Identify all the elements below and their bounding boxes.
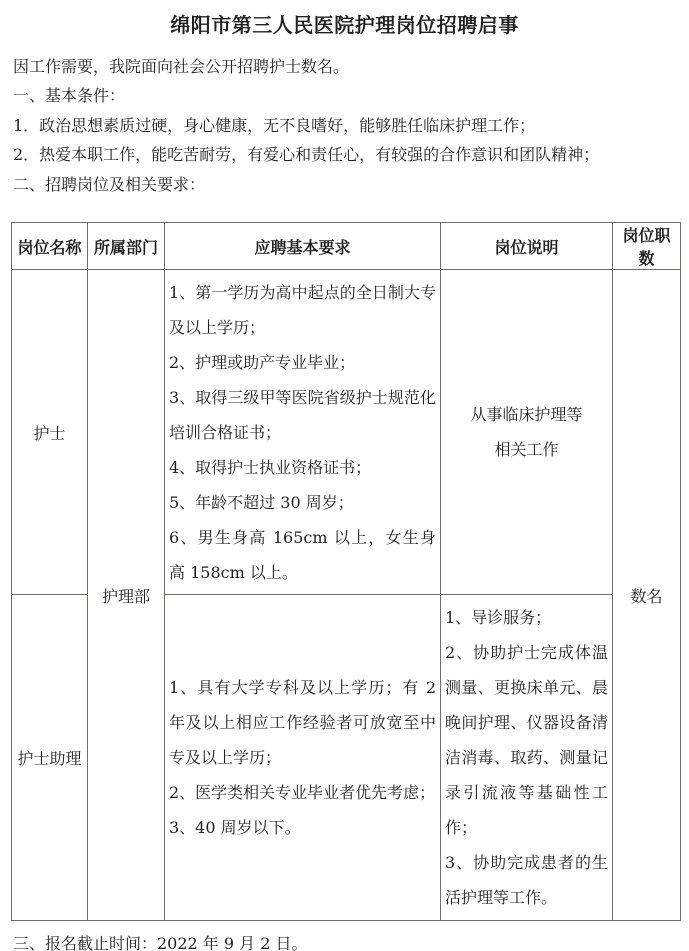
- page-title: 绵阳市第三人民医院护理岗位招聘启事: [0, 0, 689, 39]
- table-header-row: 岗位名称 所属部门 应聘基本要求 岗位说明 岗位职数: [12, 223, 681, 270]
- col-header-requirements: 应聘基本要求: [165, 223, 441, 270]
- document-page: 绵阳市第三人民医院护理岗位招聘启事 因工作需要，我院面向社会公开招聘护士数名。 …: [0, 0, 689, 951]
- basic-condition-1: 1．政治思想素质过硬，身心健康，无不良嗜好，能够胜任临床护理工作；: [13, 111, 675, 140]
- cell-requirements-assistant: 1、具有大学专科及以上学历；有 2 年及以上相应工作经验者可放宽至中专及以上学历…: [165, 595, 441, 921]
- cell-department: 护理部: [88, 270, 165, 921]
- col-header-department: 所属部门: [88, 223, 165, 270]
- cell-description-nurse: 从事临床护理等 相关工作: [441, 270, 613, 595]
- basic-condition-2: 2．热爱本职工作，能吃苦耐劳，有爱心和责任心，有较强的合作意识和团队精神；: [13, 140, 675, 169]
- cell-position-assistant: 护士助理: [12, 595, 88, 921]
- section-positions-heading: 二、招聘岗位及相关要求：: [13, 170, 675, 199]
- section-basic-heading: 一、基本条件：: [13, 81, 675, 110]
- deadline-paragraph: 三、报名截止时间：2022 年 9 月 2 日。: [13, 934, 675, 951]
- cell-position-nurse: 护士: [12, 270, 88, 595]
- cell-requirements-nurse: 1、第一学历为高中起点的全日制大专及以上学历； 2、护理或助产专业毕业； 3、取…: [165, 270, 441, 595]
- cell-description-assistant: 1、导诊服务； 2、协助护士完成体温测量、更换床单元、晨晚间护理、仪器设备清洁消…: [441, 595, 613, 921]
- table-row-nurse: 护士 护理部 1、第一学历为高中起点的全日制大专及以上学历； 2、护理或助产专业…: [12, 270, 681, 595]
- recruitment-table: 岗位名称 所属部门 应聘基本要求 岗位说明 岗位职数 护士 护理部 1、第一学历…: [11, 222, 681, 921]
- col-header-position: 岗位名称: [12, 223, 88, 270]
- col-header-quota: 岗位职数: [613, 223, 681, 270]
- intro-paragraph: 因工作需要，我院面向社会公开招聘护士数名。: [13, 52, 675, 81]
- cell-quota: 数名: [613, 270, 681, 921]
- col-header-description: 岗位说明: [441, 223, 613, 270]
- intro-section: 因工作需要，我院面向社会公开招聘护士数名。 一、基本条件： 1．政治思想素质过硬…: [13, 52, 675, 199]
